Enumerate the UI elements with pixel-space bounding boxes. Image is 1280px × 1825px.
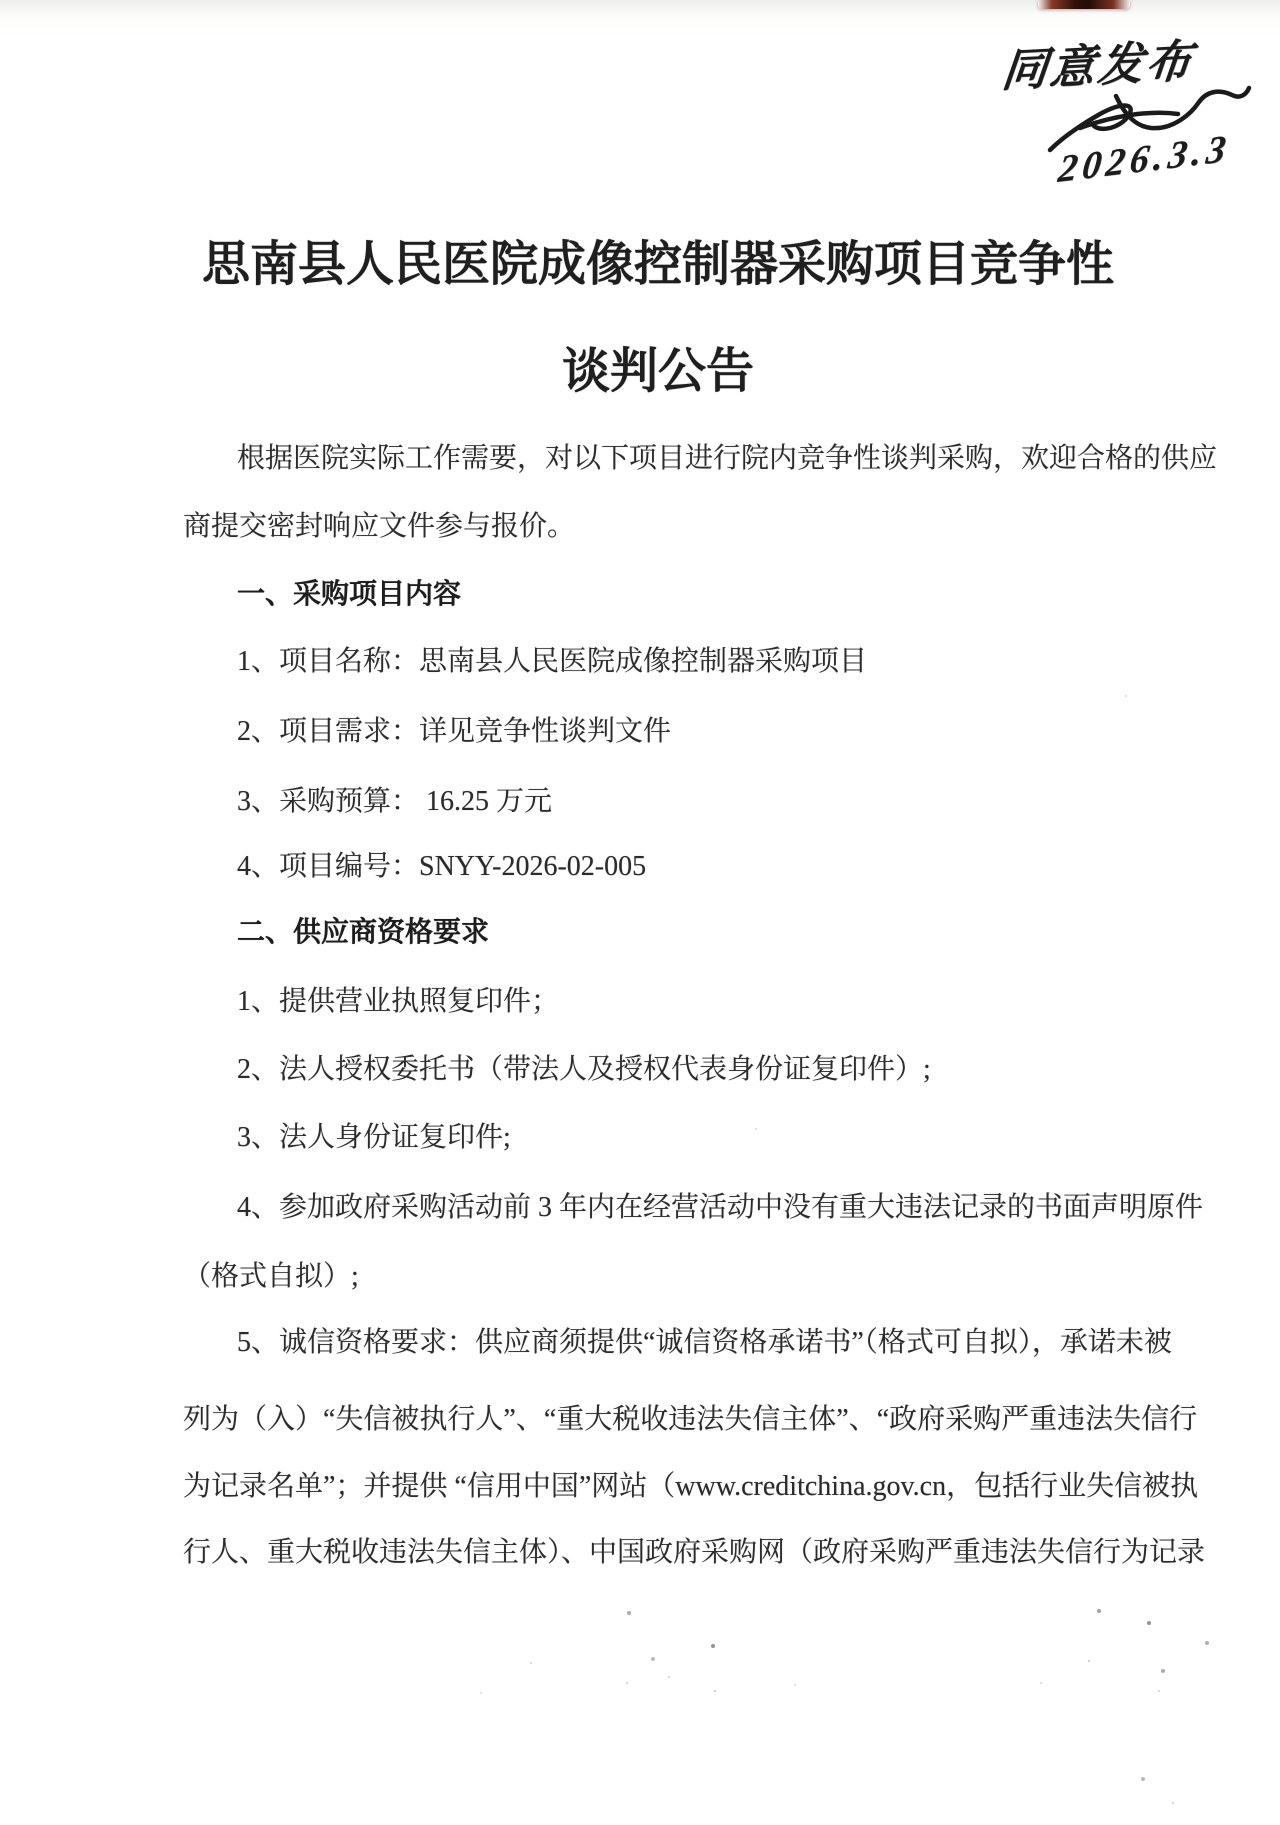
red-scan-mark <box>1038 0 1130 9</box>
intro-line-2: 商提交密封响应文件参与报价。 <box>183 511 575 543</box>
document-title-line-1: 思南县人民医院成像控制器采购项目竞争性 <box>183 241 1133 289</box>
intro-line-1: 根据医院实际工作需要，对以下项目进行院内竞争性谈判采购，欢迎合格的供应 <box>237 443 1217 475</box>
item-integrity-line-2: 列为（入）“失信被执行人”、“重大税收违法失信主体”、“政府采购严重违法失信行 <box>183 1404 1197 1436</box>
item-project-name: 1、项目名称：思南县人民医院成像控制器采购项目 <box>237 646 867 678</box>
scan-noise-speckles <box>0 0 2 2</box>
item-business-license: 1、提供营业执照复印件； <box>237 986 559 1018</box>
document-title-line-2: 谈判公告 <box>183 348 1133 396</box>
item-project-number: 4、项目编号：SNYY-2026-02-005 <box>237 851 646 883</box>
item-integrity-line-1: 5、诚信资格要求：供应商须提供“诚信资格承诺书”（格式可自拟），承诺未被 <box>237 1327 1172 1359</box>
item-authorization-letter: 2、法人授权委托书（带法人及授权代表身份证复印件）; <box>237 1054 931 1086</box>
item-no-violation-line-1: 4、参加政府采购活动前 3 年内在经营活动中没有重大违法记录的书面声明原件 <box>237 1192 1203 1224</box>
item-project-requirements: 2、项目需求：详见竞争性谈判文件 <box>237 716 671 748</box>
section-1-heading: 一、采购项目内容 <box>237 579 461 611</box>
item-legal-person-id: 3、法人身份证复印件; <box>237 1122 511 1154</box>
item-integrity-line-3: 为记录名单”；并提供 “信用中国”网站（www.creditchina.gov.… <box>183 1471 1198 1503</box>
item-no-violation-line-2: （格式自拟）; <box>183 1261 359 1293</box>
section-2-heading: 二、供应商资格要求 <box>237 917 489 949</box>
item-integrity-line-4: 行人、重大税收违法失信主体）、中国政府采购网（政府采购严重违法失信行为记录 <box>183 1537 1205 1569</box>
scanned-document-page: 同意发布 2026.3.3 思南县人民医院成像控制器采购项目竞争性 谈判公告 根… <box>0 0 1280 1825</box>
item-budget: 3、采购预算： 16.25 万元 <box>237 786 552 818</box>
